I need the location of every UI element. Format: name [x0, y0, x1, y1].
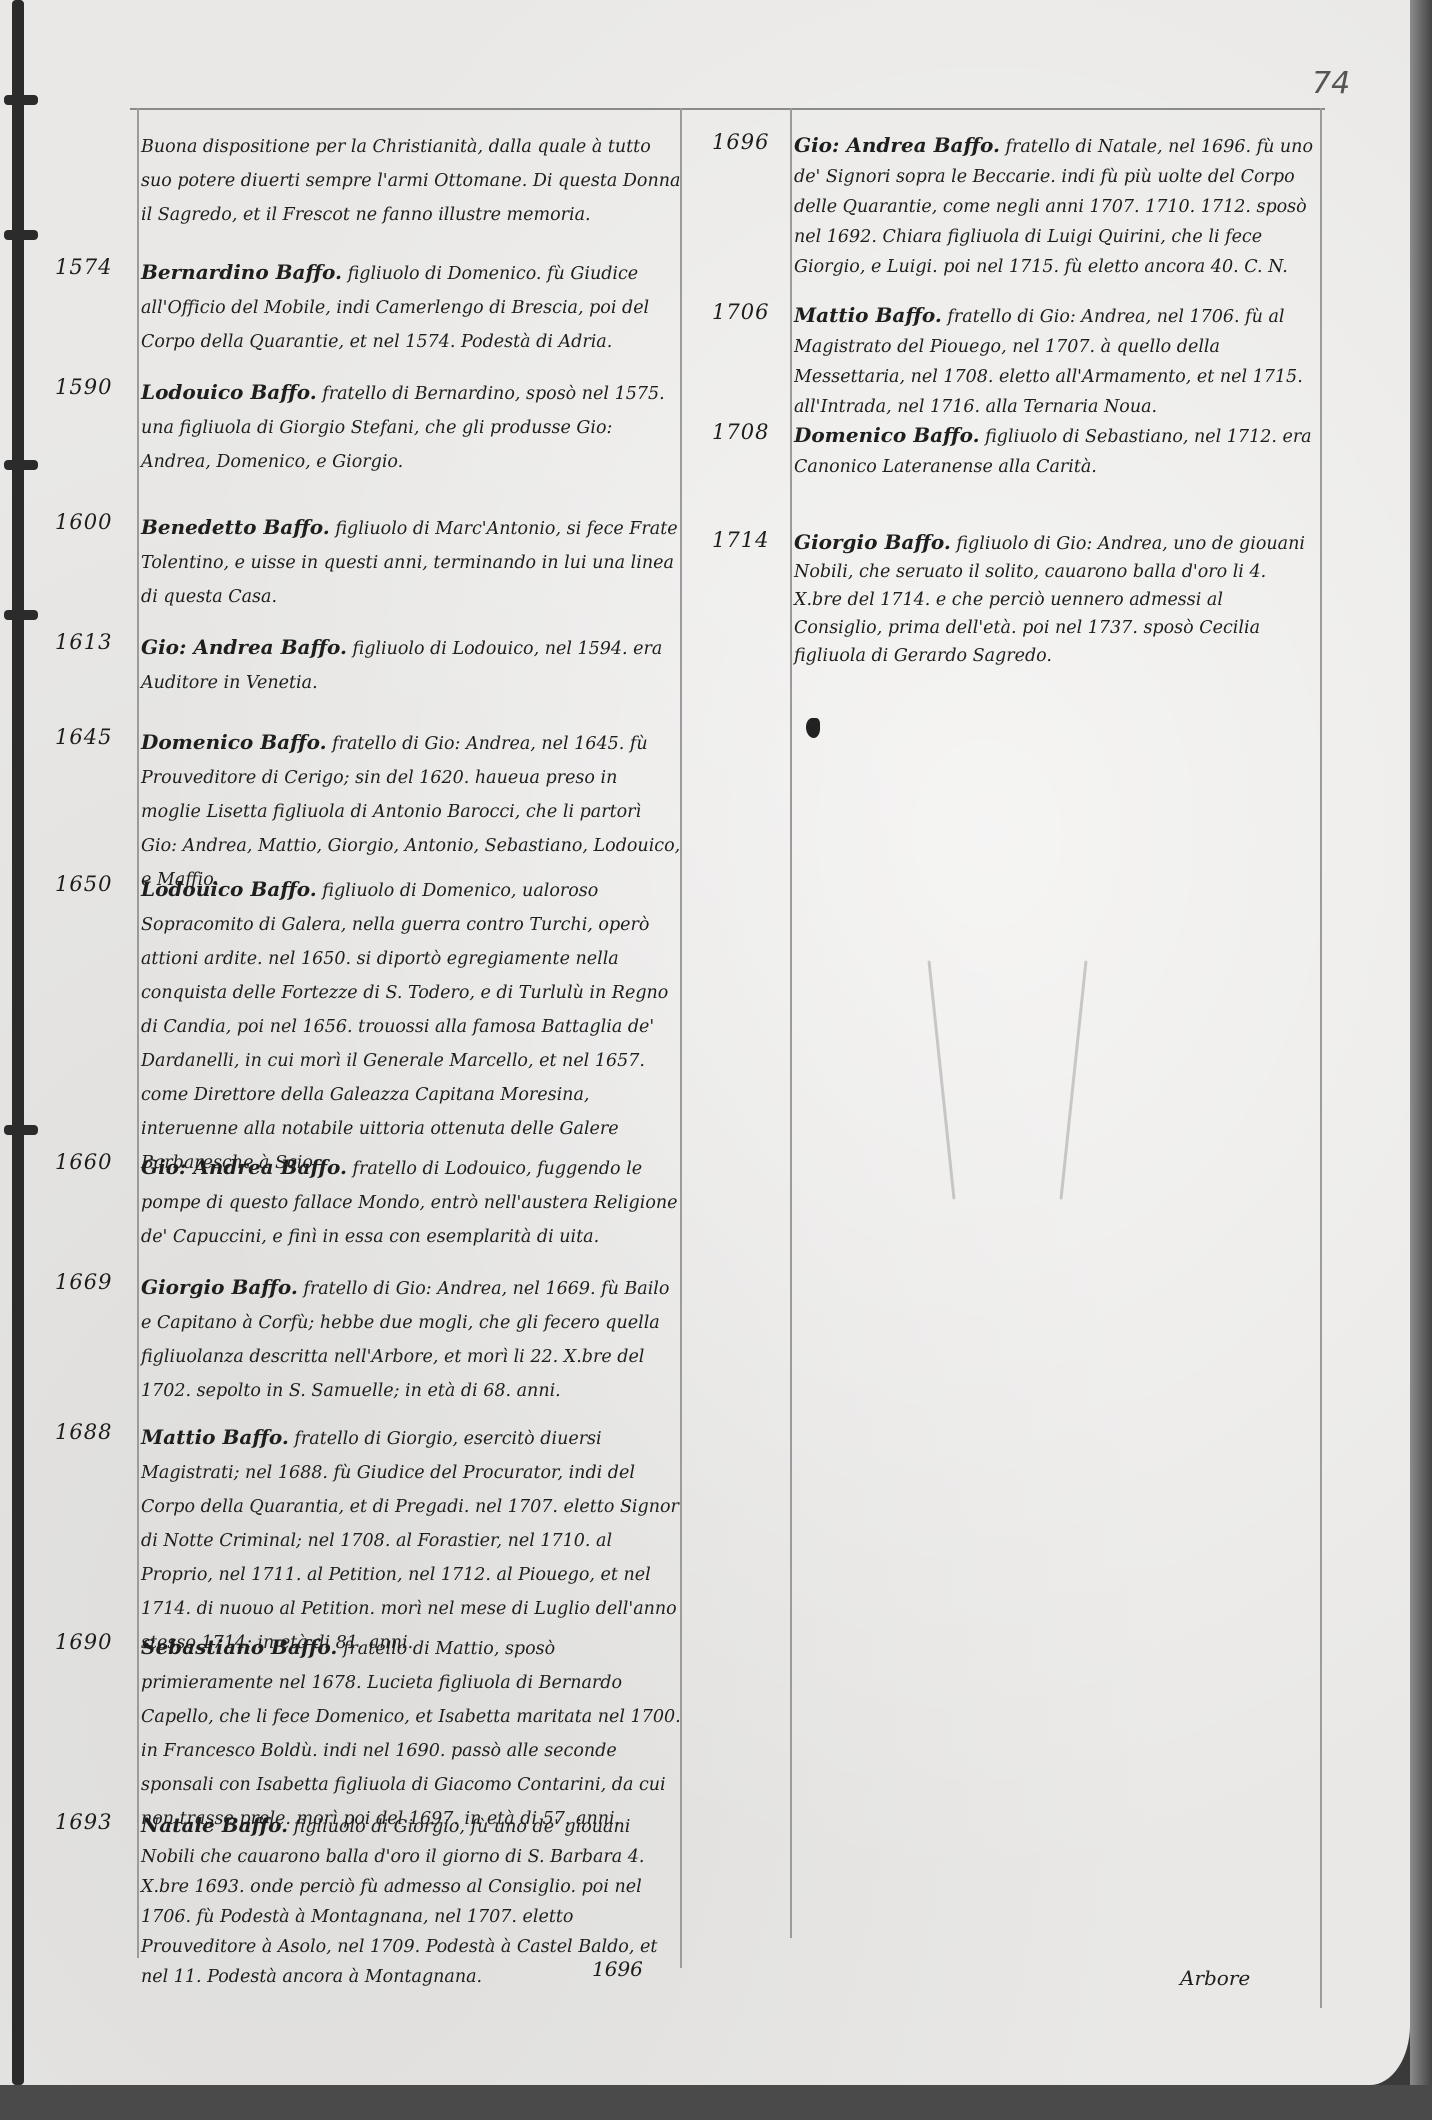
entry-name: Gio: Andrea Baffo. — [141, 635, 347, 659]
entry-body: Sebastiano Baffo. fratello di Mattio, sp… — [141, 1630, 681, 1836]
continuation-paragraph: Buona dispositione per la Christianità, … — [141, 130, 681, 232]
entry-year: 1690 — [55, 1630, 135, 1654]
entry-text: fratello di Gio: Andrea, nel 1645. fù Pr… — [141, 734, 680, 890]
entry-name: Bernardino Baffo. — [141, 260, 342, 284]
entry-name: Sebastiano Baffo. — [141, 1635, 337, 1659]
entry-year: 1650 — [55, 872, 135, 896]
entry-body: Gio: Andrea Baffo. figliuolo di Lodouico… — [141, 630, 681, 700]
entry-name: Mattio Baffo. — [141, 1425, 289, 1449]
entry-name: Domenico Baffo. — [794, 423, 980, 447]
entry-name: Giorgio Baffo. — [794, 530, 951, 554]
entry-body: Domenico Baffo. figliuolo di Sebastiano,… — [794, 420, 1314, 482]
entry-name: Gio: Andrea Baffo. — [794, 133, 1000, 157]
page-bottom-shadow — [0, 2085, 1432, 2120]
bleed-through-stroke — [927, 961, 955, 1200]
binding-knot — [4, 230, 38, 240]
left-margin-rule — [137, 108, 139, 1958]
entry-text: figliuolo di Giorgio, fù uno de' giouani… — [141, 1817, 657, 1987]
entry-name: Benedetto Baffo. — [141, 515, 330, 539]
entry-year: 1688 — [55, 1420, 135, 1444]
entry-year: 1590 — [55, 375, 135, 399]
entry-body: Benedetto Baffo. figliuolo di Marc'Anton… — [141, 510, 681, 614]
entry-year: 1574 — [55, 255, 135, 279]
entry-name: Mattio Baffo. — [794, 303, 942, 327]
entry-year: 1706 — [712, 300, 792, 324]
entry-text: fratello di Natale, nel 1696. fù uno de'… — [794, 137, 1313, 277]
entry-year: 1696 — [712, 130, 792, 154]
catchword: Arbore — [1180, 1966, 1250, 1990]
entry-body: Gio: Andrea Baffo. fratello di Lodouico,… — [141, 1150, 681, 1254]
entry-year: 1693 — [55, 1810, 135, 1834]
binding-knot — [4, 95, 38, 105]
entry-year: 1613 — [55, 630, 135, 654]
binding-knot — [4, 610, 38, 620]
page-number: 74 — [1312, 66, 1350, 101]
entry-text: figliuolo di Domenico, ualoroso Sopracom… — [141, 881, 668, 1173]
right-year-margin-rule — [790, 108, 792, 1938]
entry-name: Lodouico Baffo. — [141, 380, 317, 404]
footer-year: 1696 — [592, 1957, 643, 1981]
page-edge-shadow — [1410, 0, 1432, 2120]
entry-name: Lodouico Baffo. — [141, 877, 317, 901]
entry-name: Gio: Andrea Baffo. — [141, 1155, 347, 1179]
bleed-through-stroke — [1059, 961, 1087, 1200]
entry-year: 1708 — [712, 420, 792, 444]
entry-body: Giorgio Baffo. fratello di Gio: Andrea, … — [141, 1270, 681, 1408]
entry-text: fratello di Mattio, sposò primieramente … — [141, 1639, 681, 1829]
entry-body: Gio: Andrea Baffo. fratello di Natale, n… — [794, 130, 1314, 282]
binding-knot — [4, 460, 38, 470]
entry-body: Bernardino Baffo. figliuolo di Domenico.… — [141, 255, 681, 359]
manuscript-page: 74 Buona dispositione per la Christianit… — [0, 0, 1410, 2085]
entry-name: Giorgio Baffo. — [141, 1275, 298, 1299]
entry-body: Lodouico Baffo. fratello di Bernardino, … — [141, 375, 681, 479]
binding-knot — [4, 1125, 38, 1135]
entry-text: fratello di Giorgio, esercitò diuersi Ma… — [141, 1429, 679, 1653]
entry-year: 1714 — [712, 528, 792, 552]
top-rule — [130, 108, 1325, 110]
entry-name: Natale Baffo. — [141, 1813, 288, 1837]
binding-cord — [12, 0, 24, 2085]
entry-body: Mattio Baffo. fratello di Giorgio, eserc… — [141, 1420, 681, 1660]
entry-body: Giorgio Baffo. figliuolo di Gio: Andrea,… — [794, 528, 1314, 670]
entry-body: Mattio Baffo. fratello di Gio: Andrea, n… — [794, 300, 1314, 422]
entry-year: 1669 — [55, 1270, 135, 1294]
right-margin-rule — [1320, 108, 1322, 2008]
entry-year: 1660 — [55, 1150, 135, 1174]
entry-year: 1600 — [55, 510, 135, 534]
entry-body: Lodouico Baffo. figliuolo di Domenico, u… — [141, 872, 681, 1180]
ink-blot — [806, 718, 820, 738]
entry-year: 1645 — [55, 725, 135, 749]
entry-name: Domenico Baffo. — [141, 730, 327, 754]
